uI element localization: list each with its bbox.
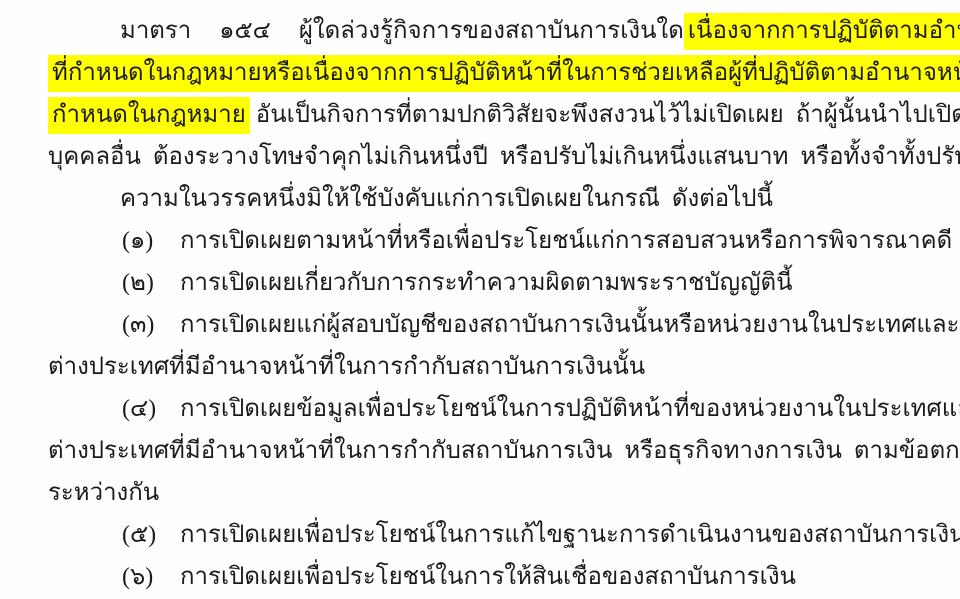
item-number: (๒) bbox=[122, 266, 180, 300]
text-segment: การเปิดเผยแก่ผู้สอบบัญชีของสถาบันการเงิน… bbox=[180, 312, 959, 338]
text-segment: ต่างประเทศที่มีอำนาจหน้าที่ในการกำกับสถา… bbox=[48, 438, 960, 464]
highlighted-text: กำหนดในกฎหมาย bbox=[48, 97, 250, 134]
text-line: กำหนดในกฎหมาย อันเป็นกิจการที่ตามปกติวิส… bbox=[48, 98, 960, 134]
text-line: ระหว่างกัน bbox=[48, 476, 159, 512]
text-line: ต่างประเทศที่มีอำนาจหน้าที่ในการกำกับสถา… bbox=[48, 434, 960, 470]
item-number: (๖) bbox=[122, 560, 180, 594]
item-number: (๓) bbox=[122, 308, 180, 342]
list-item-line: (๔)การเปิดเผยข้อมูลเพื่อประโยชน์ในการปฏิ… bbox=[122, 392, 960, 428]
list-item-line: (๓)การเปิดเผยแก่ผู้สอบบัญชีของสถาบันการเ… bbox=[122, 308, 959, 344]
text-segment: ๑๕๔ bbox=[219, 18, 271, 44]
text-line: บุคคลอื่น ต้องระวางโทษจำคุกไม่เกินหนึ่งป… bbox=[48, 140, 960, 176]
list-item-line: (๑)การเปิดเผยตามหน้าที่หรือเพื่อประโยชน์… bbox=[122, 224, 952, 260]
text-segment: ระหว่างกัน bbox=[48, 480, 159, 506]
text-segment: การเปิดเผยเกี่ยวกับการกระทำความผิดตามพระ… bbox=[180, 270, 793, 296]
text-segment: การเปิดเผยเพื่อประโยชน์ในการแก้ไขฐานะการ… bbox=[180, 522, 960, 548]
text-line: ความในวรรคหนึ่งมิให้ใช้บังคับแก่การเปิดเ… bbox=[120, 182, 773, 218]
text-segment: ต่างประเทศที่มีอำนาจหน้าที่ในการกำกับสถา… bbox=[48, 354, 645, 380]
text-line: ที่กำหนดในกฎหมายหรือเนื่องจากการปฏิบัติห… bbox=[48, 56, 960, 92]
text-line: ต่างประเทศที่มีอำนาจหน้าที่ในการกำกับสถา… bbox=[48, 350, 645, 386]
item-number: (๑) bbox=[122, 224, 180, 258]
text-segment: ผู้ใดล่วงรู้กิจการของสถาบันการเงินใด bbox=[299, 18, 684, 44]
highlighted-text: ที่กำหนดในกฎหมายหรือเนื่องจากการปฏิบัติห… bbox=[48, 55, 960, 92]
highlighted-text: เนื่องจากการปฏิบัติตามอำนาจหน้าที่ bbox=[684, 13, 960, 50]
list-item-line: (๕)การเปิดเผยเพื่อประโยชน์ในการแก้ไขฐานะ… bbox=[122, 518, 960, 554]
list-item-line: (๖)การเปิดเผยเพื่อประโยชน์ในการให้สินเชื… bbox=[122, 560, 796, 596]
text-segment: มาตรา bbox=[120, 18, 191, 44]
list-item-line: (๒)การเปิดเผยเกี่ยวกับการกระทำความผิดตาม… bbox=[122, 266, 793, 302]
item-number: (๔) bbox=[122, 392, 180, 426]
document-page: มาตรา๑๕๔ผู้ใดล่วงรู้กิจการของสถาบันการเง… bbox=[0, 0, 960, 599]
text-segment: การเปิดเผยตามหน้าที่หรือเพื่อประโยชน์แก่… bbox=[180, 228, 952, 254]
item-number: (๕) bbox=[122, 518, 180, 552]
text-segment: อันเป็นกิจการที่ตามปกติวิสัยจะพึงสงวนไว้… bbox=[250, 102, 960, 128]
text-segment: ความในวรรคหนึ่งมิให้ใช้บังคับแก่การเปิดเ… bbox=[120, 186, 773, 212]
text-segment: บุคคลอื่น ต้องระวางโทษจำคุกไม่เกินหนึ่งป… bbox=[48, 144, 960, 170]
text-segment: การเปิดเผยเพื่อประโยชน์ในการให้สินเชื่อข… bbox=[180, 564, 796, 590]
text-segment: การเปิดเผยข้อมูลเพื่อประโยชน์ในการปฏิบัต… bbox=[180, 396, 960, 422]
text-line: มาตรา๑๕๔ผู้ใดล่วงรู้กิจการของสถาบันการเง… bbox=[120, 14, 960, 50]
